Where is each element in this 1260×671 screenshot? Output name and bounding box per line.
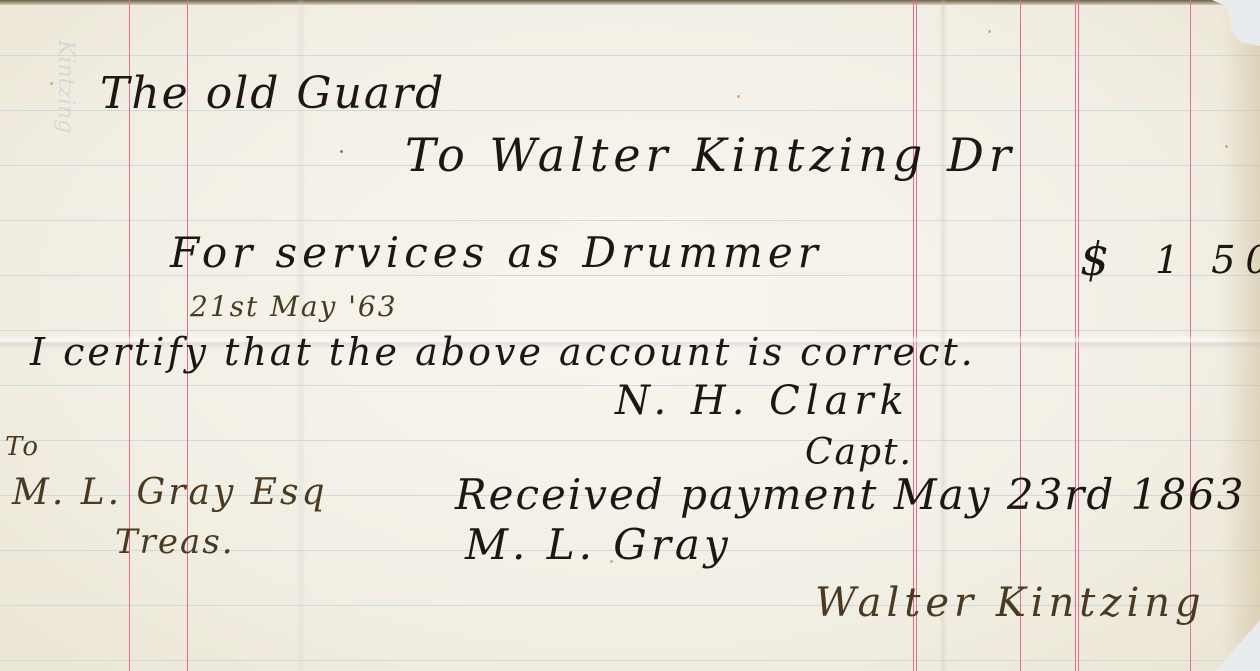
ruled-line <box>0 220 1260 221</box>
ruled-line <box>0 55 1260 56</box>
ruled-line <box>0 660 1260 661</box>
paper-top-edge <box>0 0 1230 5</box>
receipt-signature: Walter Kintzing <box>815 580 1206 626</box>
item-date-note: 21st May '63 <box>190 290 398 323</box>
certification-statement: I certify that the above account is corr… <box>30 330 976 374</box>
receipt-line-1: Received payment May 23rd 1863 of <box>455 470 1260 519</box>
payee-prefix: To <box>5 432 40 462</box>
ink-speck <box>340 150 343 153</box>
creditor-line: To Walter Kintzing Dr <box>405 128 1016 182</box>
addressee-line: The old Guard <box>100 68 445 119</box>
ruled-line <box>0 440 1260 441</box>
paper-stain <box>1220 0 1260 671</box>
payee-title: Treas. <box>115 522 235 562</box>
paper-speck <box>988 30 991 33</box>
payee-name: M. L. Gray Esq <box>12 472 328 513</box>
ghost-margin-text: Kintzing <box>53 40 78 133</box>
item-description: For services as Drummer <box>170 228 823 277</box>
certifier-title: Capt. <box>805 432 913 473</box>
certifier-signature: N. H. Clark <box>615 378 910 424</box>
amount-value: 1 50 <box>1155 238 1260 282</box>
paper-speck <box>1225 145 1228 148</box>
document-page: Kintzing The old Guard To Walter Kintzin… <box>0 0 1260 671</box>
amount-symbol: $ <box>1080 232 1111 286</box>
paper-speck <box>737 95 740 98</box>
receipt-line-2: M. L. Gray <box>465 520 732 569</box>
